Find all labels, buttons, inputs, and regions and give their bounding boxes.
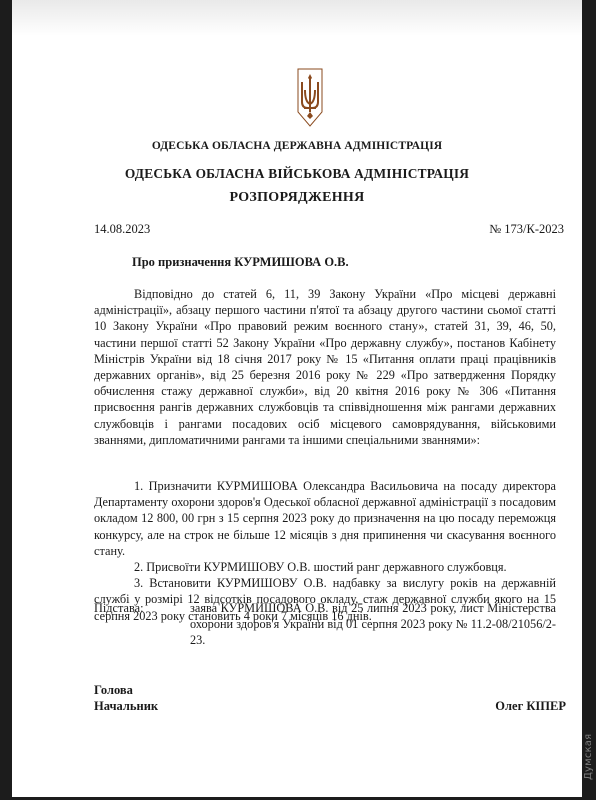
ukraine-coat-of-arms-icon <box>297 68 323 128</box>
basis-label: Підстава: <box>94 600 144 616</box>
document-title: РОЗПОРЯДЖЕННЯ <box>12 190 582 206</box>
basis-section: Підстава: заява КУРМИШОВА О.В. від 25 ли… <box>94 600 556 649</box>
header-military-administration: ОДЕСЬКА ОБЛАСНА ВІЙСЬКОВА АДМІНІСТРАЦІЯ <box>12 166 582 182</box>
signatory-name: Олег КІПЕР <box>495 699 566 714</box>
document-date: 14.08.2023 <box>94 222 150 237</box>
order-item: 2. Присвоїти КУРМИШОВУ О.В. шостий ранг … <box>94 559 556 575</box>
basis-text: заява КУРМИШОВА О.В. від 25 липня 2023 р… <box>190 600 556 649</box>
document-number: № 173/К-2023 <box>489 222 564 237</box>
signature-title-chief: Начальник <box>94 699 158 714</box>
header-state-administration: ОДЕСЬКА ОБЛАСНА ДЕРЖАВНА АДМІНІСТРАЦІЯ <box>12 140 582 152</box>
document-subject: Про призначення КУРМИШОВА О.В. <box>132 255 349 270</box>
signature-title-head: Голова <box>94 683 133 698</box>
document-page: ОДЕСЬКА ОБЛАСНА ДЕРЖАВНА АДМІНІСТРАЦІЯ О… <box>12 0 582 797</box>
intro-paragraph: Відповідно до статей 6, 11, 39 Закону Ук… <box>94 286 556 448</box>
order-item: 1. Призначити КУРМИШОВА Олександра Васил… <box>94 478 556 559</box>
watermark: Думская <box>583 722 595 792</box>
